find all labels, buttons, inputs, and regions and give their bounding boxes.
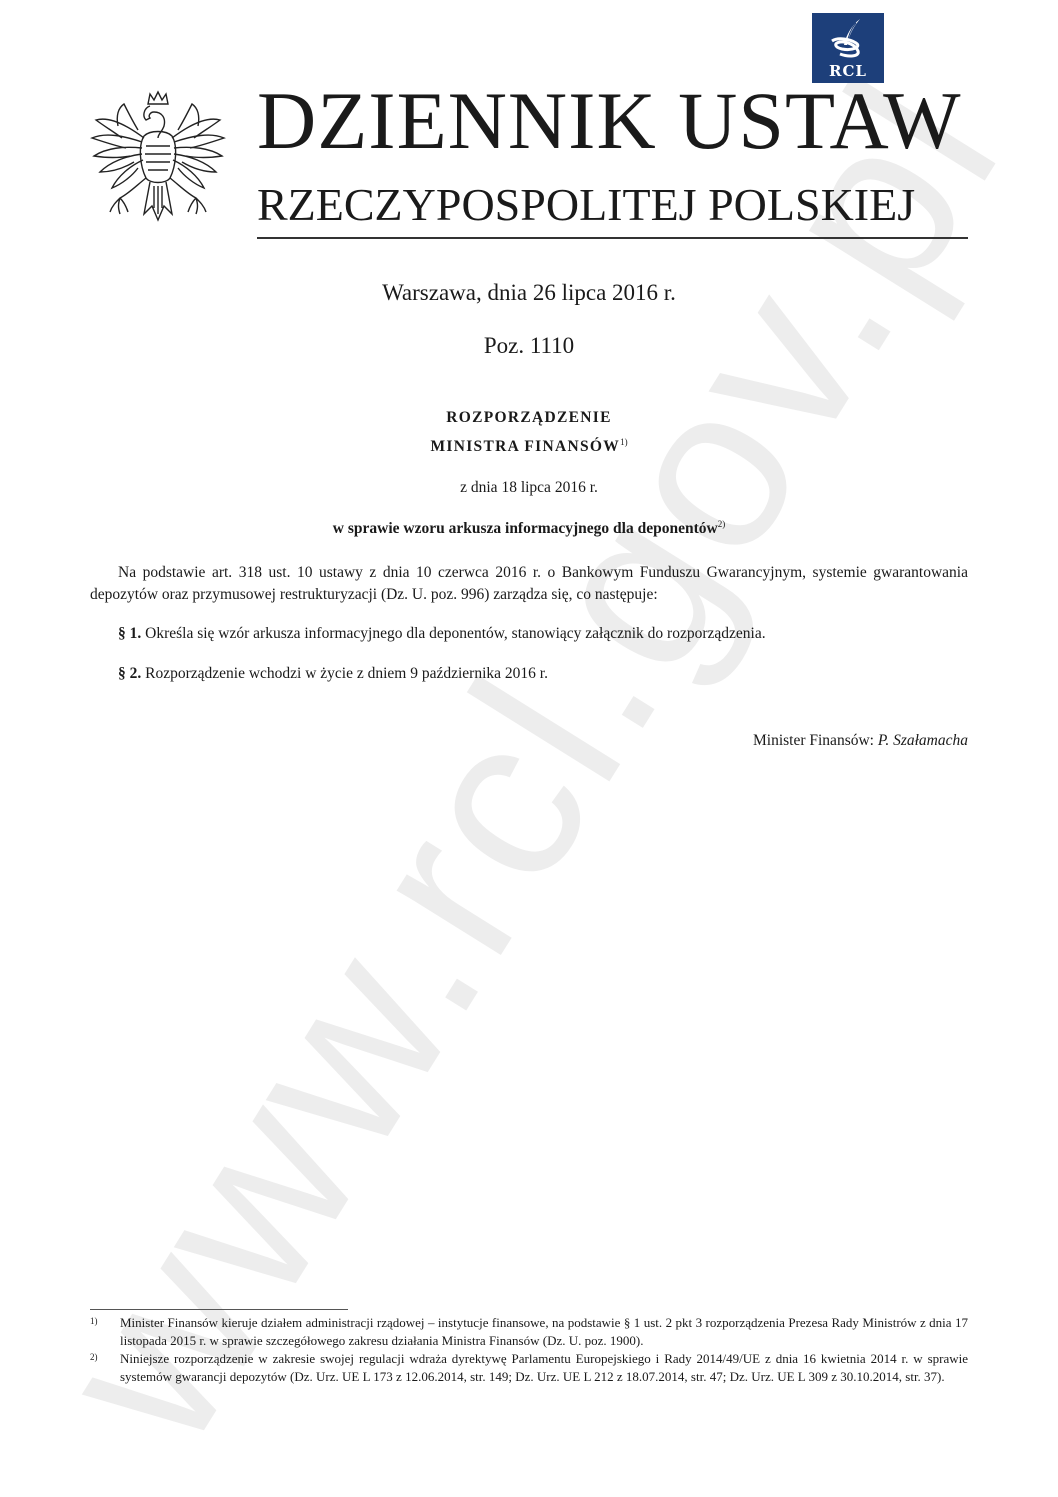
footnote-ref-2[interactable]: 2) (718, 519, 726, 529)
paragraph-label: § 1. (118, 625, 141, 642)
journal-subtitle: RZECZYPOSPOLITEJ POLSKIEJ (257, 178, 915, 232)
act-subject: w sprawie wzoru arkusza informacyjnego d… (90, 519, 968, 538)
quill-icon (826, 17, 870, 59)
act-type-heading: ROZPORZĄDZENIE MINISTRA FINANSÓW1) (90, 406, 968, 459)
act-date: z dnia 18 lipca 2016 r. (90, 479, 968, 497)
footnote-item: 1) Minister Finansów kieruje działem adm… (90, 1314, 968, 1350)
position-number: Poz. 1110 (90, 333, 968, 359)
signatory-name: P. Szałamacha (878, 732, 968, 749)
journal-title: DZIENNIK USTAW (257, 76, 962, 166)
footnote-divider (90, 1309, 348, 1310)
footnote-number: 1) (90, 1314, 120, 1350)
paragraph-1: § 1. Określa się wzór arkusza informacyj… (90, 623, 968, 645)
paragraph-2: § 2. Rozporządzenie wchodzi w życie z dn… (90, 663, 968, 685)
footnotes: 1) Minister Finansów kieruje działem adm… (90, 1314, 968, 1386)
footnote-text: Minister Finansów kieruje działem admini… (120, 1314, 968, 1350)
footnote-ref-1[interactable]: 1) (620, 437, 628, 447)
signature: Minister Finansów: P. Szałamacha (90, 730, 968, 752)
rcl-logo: RCL (812, 13, 884, 83)
footnote-text: Niniejsze rozporządzenie w zakresie swoj… (120, 1350, 968, 1386)
preamble: Na podstawie art. 318 ust. 10 ustawy z d… (90, 562, 968, 606)
eagle-icon (88, 86, 228, 236)
paragraph-label: § 2. (118, 665, 141, 682)
footnote-item: 2) Niniejsze rozporządzenie w zakresie s… (90, 1350, 968, 1386)
act-type-line1: ROZPORZĄDZENIE (90, 406, 968, 430)
watermark: www.rcl.gov.pl (5, 32, 1052, 1487)
footnote-number: 2) (90, 1350, 120, 1386)
header-divider (257, 237, 968, 239)
act-type-line2: MINISTRA FINANSÓW1) (90, 430, 968, 459)
polish-eagle-emblem (88, 86, 228, 236)
publication-date: Warszawa, dnia 26 lipca 2016 r. (90, 280, 968, 306)
